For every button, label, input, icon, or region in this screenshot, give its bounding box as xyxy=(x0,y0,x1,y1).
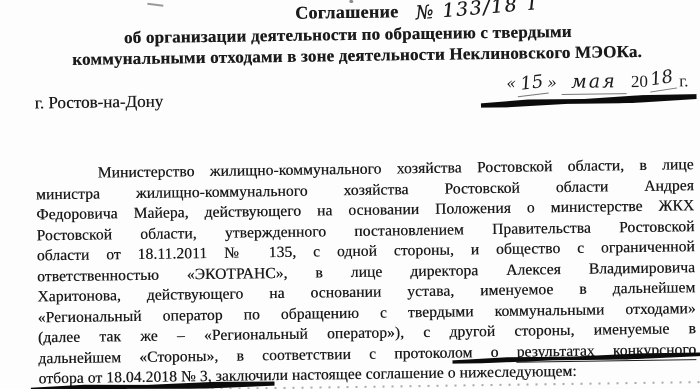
date-day-handwritten: 15 xyxy=(515,71,548,97)
date-era-suffix: г. xyxy=(679,71,689,90)
date-close-quote: » xyxy=(547,73,557,92)
document-page: Соглашение № 133/18 Т об организации дея… xyxy=(0,0,700,389)
date-block: «15» мая 2018 г. xyxy=(506,69,688,96)
title-text: Соглашение xyxy=(295,1,399,22)
date-year-printed: 20 xyxy=(631,72,648,91)
place-label: г. Ростов-на-Дону xyxy=(35,92,164,114)
agreement-number-handwritten: № 133/18 Т xyxy=(414,0,540,24)
date-year-handwritten: 18 xyxy=(646,66,676,93)
date-month-handwritten: мая xyxy=(561,70,627,95)
body-paragraph: Министерство жилищно-коммунального хозяй… xyxy=(36,155,697,389)
scan-tilt-wrapper: Соглашение № 133/18 Т об организации дея… xyxy=(0,0,700,389)
